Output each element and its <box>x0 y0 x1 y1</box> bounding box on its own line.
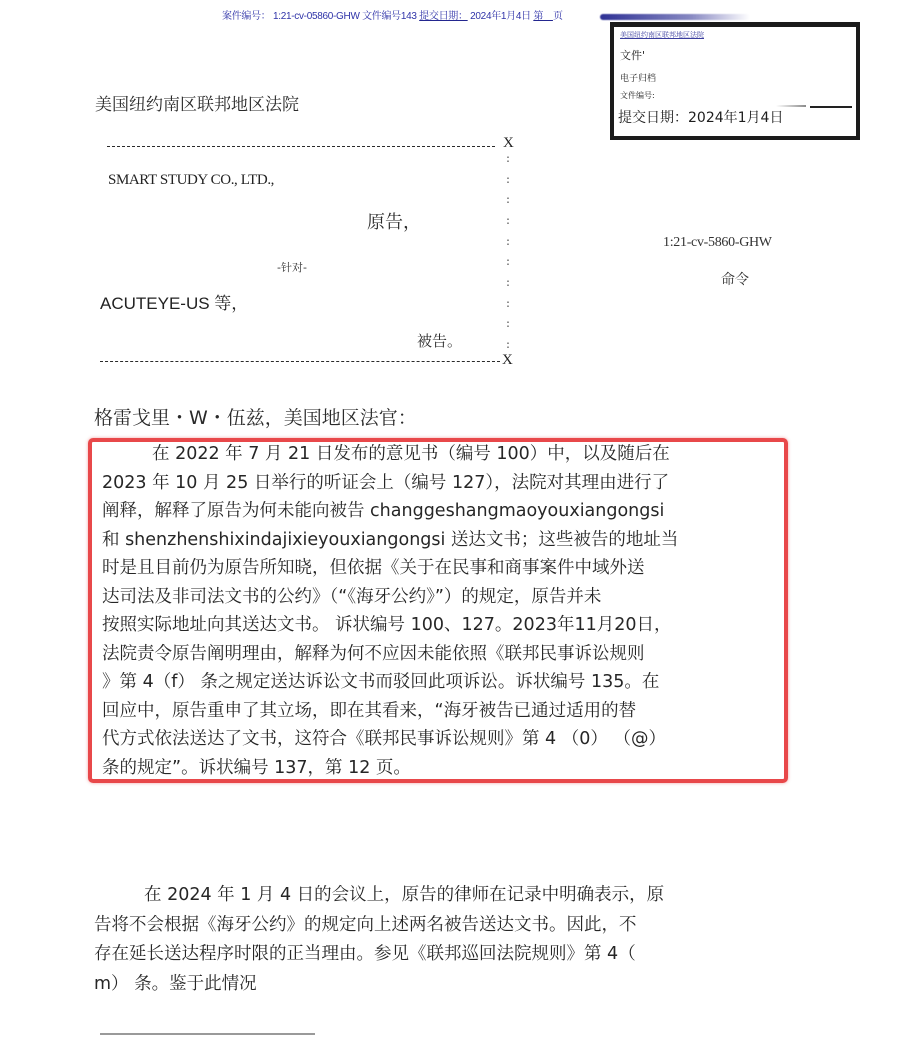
footnote-rule <box>100 1033 315 1035</box>
versus-label: -针对- <box>277 259 307 275</box>
paragraph-line: 存在延长送达程序时限的正当理由。参见《联邦巡回法院规则》第 4（ <box>94 940 794 970</box>
plaintiff-name: SMART STUDY CO., LTD., <box>108 172 274 189</box>
paragraph-line: 》第 4（f） 条之规定送达诉讼文书而驳回此项诉讼。诉状编号 135。在 <box>102 668 782 697</box>
signature-line <box>810 106 852 108</box>
paragraph-line: 按照实际地址向其送达文书。 诉状编号 100、127。2023年11月20日， <box>102 611 782 640</box>
paragraph-line: 阐释，解释了原告为何未能向被告 changgeshangmaoyouxiango… <box>102 497 782 526</box>
paragraph-line: 告将不会根据《海牙公约》的规定向上述两名被告送达文书。因此，不 <box>94 911 794 941</box>
stamp-filed-date: 提交日期：2024年1月4日 <box>618 107 783 127</box>
stamp-document-number-row: 文件编号: <box>620 90 655 101</box>
paragraph-line: 在 2024 年 1 月 4 日的会议上，原告的律师在记录中明确表示，原 <box>94 881 794 911</box>
second-paragraph: 在 2024 年 1 月 4 日的会议上，原告的律师在记录中明确表示，原 告将不… <box>94 881 794 999</box>
defendant-role: 被告。 <box>417 330 462 351</box>
clerk-stamp: 美国纽约南区联邦地区法院 文件' 电子归档 文件编号: 提交日期：2024年1月… <box>610 22 860 140</box>
paragraph-line: 条的规定”。诉状编号 137，第 12 页。 <box>102 754 782 783</box>
caption-x-top: X <box>503 135 514 152</box>
paragraph-line: 在 2022 年 7 月 21 日发布的意见书（编号 100）中，以及随后在 <box>102 440 782 469</box>
document-number-label: 文件编号 <box>362 11 401 22</box>
caption-bottom-rule <box>100 361 500 362</box>
judge-signature-line: 格雷戈里・W・伍兹，美国地区法官： <box>94 403 417 430</box>
case-number-label: 案件编号： <box>222 11 271 22</box>
defendant-name: ACUTEYE-US 等， <box>100 289 248 314</box>
paragraph-line: 法院责令原告阐明理由，解释为何不应因未能依照《联邦民事诉讼规则 <box>102 640 782 669</box>
case-number-value: 1:21-cv-05860-GHW <box>273 11 360 22</box>
highlighted-paragraph: 在 2022 年 7 月 21 日发布的意见书（编号 100）中，以及随后在 2… <box>102 440 782 782</box>
stamp-document-row: 文件' <box>620 47 645 63</box>
paragraph-line: 代方式依法送达了文书，这符合《联邦民事诉讼规则》第 4 （0） （@） <box>102 725 782 754</box>
page-suffix: 页 <box>553 11 563 22</box>
filed-date-label: 提交日期： <box>419 11 468 22</box>
document-type: 命令 <box>721 269 749 289</box>
filed-date-value: 2024年1月4日 <box>470 11 531 22</box>
ink-streak-decoration <box>600 14 750 20</box>
stamp-date-value: 2024年1月4日 <box>688 110 783 126</box>
paragraph-line: 回应中，原告重申了其立场，即在其看来，“海牙被告已通过适用的替 <box>102 697 782 726</box>
court-title: 美国纽约南区联邦地区法院 <box>95 90 299 115</box>
stamp-electronic-filing-row: 电子归档 <box>620 71 656 84</box>
paragraph-line: 和 shenzhenshixindajixieyouxiangongsi 送达文… <box>102 526 782 555</box>
stamp-date-label: 提交日期： <box>618 110 688 126</box>
paragraph-line: m） 条。鉴于此情况 <box>94 970 794 1000</box>
caption-x-bottom: X <box>502 352 513 369</box>
document-number-value: 143 <box>401 11 417 22</box>
filing-header-line: 案件编号： 1:21-cv-05860-GHW 文件编号143 提交日期： 20… <box>222 7 563 22</box>
stamp-heading: 美国纽约南区联邦地区法院 <box>620 30 704 40</box>
caption-top-rule <box>107 146 495 147</box>
paragraph-line: 达司法及非司法文书的公约》（“《海牙公约》”）的规定，原告并未 <box>102 583 782 612</box>
case-number: 1:21-cv-5860-GHW <box>663 235 772 251</box>
caption-colon-column: : : : : : : : : : : <box>504 156 512 352</box>
paragraph-line: 2023 年 10 月 25 日举行的听证会上（编号 127），法院对其理由进行… <box>102 469 782 498</box>
paragraph-line: 时是且目前仍为原告所知晓，但依据《关于在民事和商事案件中域外送 <box>102 554 782 583</box>
signature-mark <box>776 105 806 107</box>
plaintiff-role: 原告， <box>367 208 421 234</box>
page-label: 第 <box>533 11 543 22</box>
